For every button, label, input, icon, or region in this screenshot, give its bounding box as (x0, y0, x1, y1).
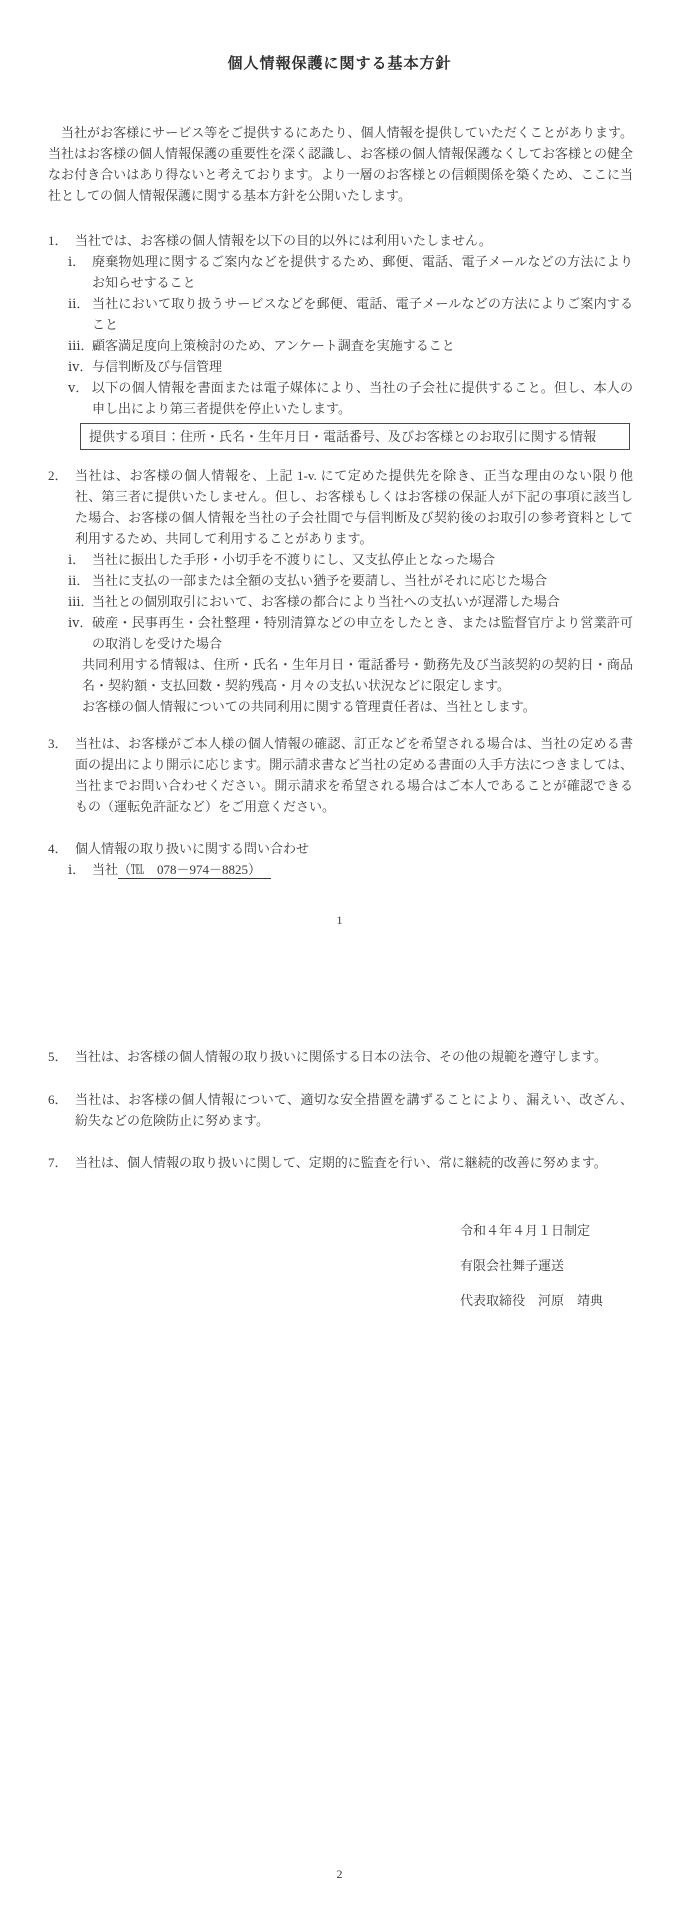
sub-item-text: 当社に支払の一部または全額の支払い猶予を要請し、当社がそれに応じた場合 (92, 573, 547, 588)
policy-item-6: 6． 当社は、お客様の個人情報について、適切な安全措置を講ずることにより、漏えい… (48, 1089, 633, 1131)
sub-item-number: ⅳ． (68, 356, 93, 377)
sub-item-text: 以下の個人情報を書面または電子媒体により、当社の子会社に提供すること。但し、本人… (92, 380, 633, 416)
policy-item-7: 7． 当社は、個人情報の取り扱いに関して、定期的に監査を行い、常に継続的改善に努… (48, 1152, 633, 1173)
policy-item-1: 1． 当社では、お客様の個人情報を以下の目的以外には利用いたしません。 ⅰ． 廃… (48, 230, 633, 450)
item-number: 2． (48, 465, 68, 486)
policy-item-3-heading: 3． 当社は、お客様がご本人様の個人情報の確認、訂正などを希望される場合は、当社… (48, 733, 633, 817)
sub-item-number: ⅱ． (68, 293, 89, 314)
policy-item-2: 2． 当社は、お客様の個人情報を、上記 1-v. にて定めた提供先を除き、正当な… (48, 465, 633, 717)
sub-item-number: ⅰ． (68, 859, 85, 880)
page-number-1: 1 (0, 910, 679, 931)
sub-item-text: 顧客満足度向上策検討のため、アンケート調査を実施すること (92, 338, 455, 353)
item-number: 5． (48, 1046, 68, 1067)
sub-item-number: ⅰ． (68, 251, 85, 272)
sub-item-text: 廃棄物処理に関するご案内などを提供するため、郵便、電話、電子メールなどの方法によ… (92, 254, 633, 290)
policy-item-1-heading: 1． 当社では、お客様の個人情報を以下の目的以外には利用いたしません。 (48, 230, 633, 251)
sub-item: ⅲ． 当社との個別取引において、お客様の都合により当社への支払いが遅滞した場合 (68, 591, 633, 612)
item-number: 3． (48, 733, 68, 754)
item-text: 当社では、お客様の個人情報を以下の目的以外には利用いたしません。 (75, 233, 492, 248)
sub-item: ⅳ． 破産・民事再生・会社整理・特別清算などの申立をしたとき、または監督官庁より… (68, 612, 633, 654)
sub-item-number: ⅴ． (68, 377, 88, 398)
document-title: 個人情報保護に関する基本方針 (0, 53, 679, 74)
policy-item-7-heading: 7． 当社は、個人情報の取り扱いに関して、定期的に監査を行い、常に継続的改善に努… (48, 1152, 633, 1173)
sub-item-text: 当社に振出した手形・小切手を不渡りにし、又支払停止となった場合 (92, 552, 495, 567)
provided-items-box: 提供する項目：住所・氏名・生年月日・電話番号、及びお客様とのお取引に関する情報 (80, 423, 630, 450)
contact-sub-item: ⅰ． 当社（℡ 078－974－8825） (68, 859, 633, 880)
contact-phone: （℡ 078－974－8825） (118, 862, 271, 879)
document-page: 個人情報保護に関する基本方針 当社がお客様にサービス等をご提供するにあたり、個人… (0, 0, 679, 1920)
sub-item: ⅱ． 当社において取り扱うサービスなどを郵便、電話、電子メールなどの方法によりご… (68, 293, 633, 335)
page-number-2: 2 (0, 1864, 679, 1885)
sub-item: ⅰ． 廃棄物処理に関するご案内などを提供するため、郵便、電話、電子メールなどの方… (68, 251, 633, 293)
sub-item: ⅳ． 与信判断及び与信管理 (68, 356, 633, 377)
sub-item-text: 当社との個別取引において、お客様の都合により当社への支払いが遅滞した場合 (92, 594, 560, 609)
policy-item-6-heading: 6． 当社は、お客様の個人情報について、適切な安全措置を講ずることにより、漏えい… (48, 1089, 633, 1131)
item-text: 当社は、お客様の個人情報の取り扱いに関係する日本の法令、その他の規範を遵守します… (75, 1049, 607, 1064)
sub-item-number: ⅳ． (68, 612, 93, 633)
item-number: 1． (48, 230, 68, 251)
signature-company: 有限会社舞子運送 (460, 1255, 603, 1276)
sub-item-number: ⅲ． (68, 591, 93, 612)
item-text: 当社は、個人情報の取り扱いに関して、定期的に監査を行い、常に継続的改善に努めます… (75, 1155, 607, 1170)
signature-block: 令和４年４月１日制定 有限会社舞子運送 代表取締役 河原 靖典 (460, 1220, 603, 1325)
sub-item-text: 破産・民事再生・会社整理・特別清算などの申立をしたとき、または監督官庁より営業許… (92, 615, 633, 651)
item-text: 個人情報の取り扱いに関する問い合わせ (75, 841, 309, 856)
sub-item-text: 与信判断及び与信管理 (92, 359, 222, 374)
sub-item: ⅴ． 以下の個人情報を書面または電子媒体により、当社の子会社に提供すること。但し… (68, 377, 633, 419)
sub-item-text: 当社において取り扱うサービスなどを郵便、電話、電子メールなどの方法によりご案内す… (92, 296, 633, 332)
item-text: 当社は、お客様の個人情報を、上記 1-v. にて定めた提供先を除き、正当な理由の… (75, 468, 633, 546)
signature-date: 令和４年４月１日制定 (460, 1220, 603, 1241)
policy-item-5: 5． 当社は、お客様の個人情報の取り扱いに関係する日本の法令、その他の規範を遵守… (48, 1046, 633, 1067)
intro-paragraph: 当社がお客様にサービス等をご提供するにあたり、個人情報を提供していただくことがあ… (48, 122, 633, 206)
sub-item: ⅲ． 顧客満足度向上策検討のため、アンケート調査を実施すること (68, 335, 633, 356)
item-number: 4． (48, 838, 68, 859)
sub-item-number: ⅰ． (68, 549, 85, 570)
signature-representative: 代表取締役 河原 靖典 (460, 1290, 603, 1311)
item-text: 当社は、お客様がご本人様の個人情報の確認、訂正などを希望される場合は、当社の定め… (75, 736, 633, 814)
item-text: 当社は、お客様の個人情報について、適切な安全措置を講ずることにより、漏えい、改ざ… (75, 1092, 633, 1128)
policy-item-5-heading: 5． 当社は、お客様の個人情報の取り扱いに関係する日本の法令、その他の規範を遵守… (48, 1046, 633, 1067)
item-number: 6． (48, 1089, 68, 1110)
item-number: 7． (48, 1152, 68, 1173)
sub-item-number: ⅲ． (68, 335, 93, 356)
policy-item-4: 4． 個人情報の取り扱いに関する問い合わせ ⅰ． 当社（℡ 078－974－88… (48, 838, 633, 880)
policy-item-3: 3． 当社は、お客様がご本人様の個人情報の確認、訂正などを希望される場合は、当社… (48, 733, 633, 817)
contact-company: 当社 (92, 862, 118, 877)
policy-item-4-heading: 4． 個人情報の取り扱いに関する問い合わせ (48, 838, 633, 859)
policy-item-2-heading: 2． 当社は、お客様の個人情報を、上記 1-v. にて定めた提供先を除き、正当な… (48, 465, 633, 549)
sub-item-number: ⅱ． (68, 570, 89, 591)
shared-use-note: 共同利用する情報は、住所・氏名・生年月日・電話番号・勤務先及び当該契約の契約日・… (82, 654, 633, 696)
sub-item: ⅱ． 当社に支払の一部または全額の支払い猶予を要請し、当社がそれに応じた場合 (68, 570, 633, 591)
sub-item: ⅰ． 当社に振出した手形・小切手を不渡りにし、又支払停止となった場合 (68, 549, 633, 570)
shared-use-manager-note: お客様の個人情報についての共同利用に関する管理責任者は、当社とします。 (82, 696, 633, 717)
